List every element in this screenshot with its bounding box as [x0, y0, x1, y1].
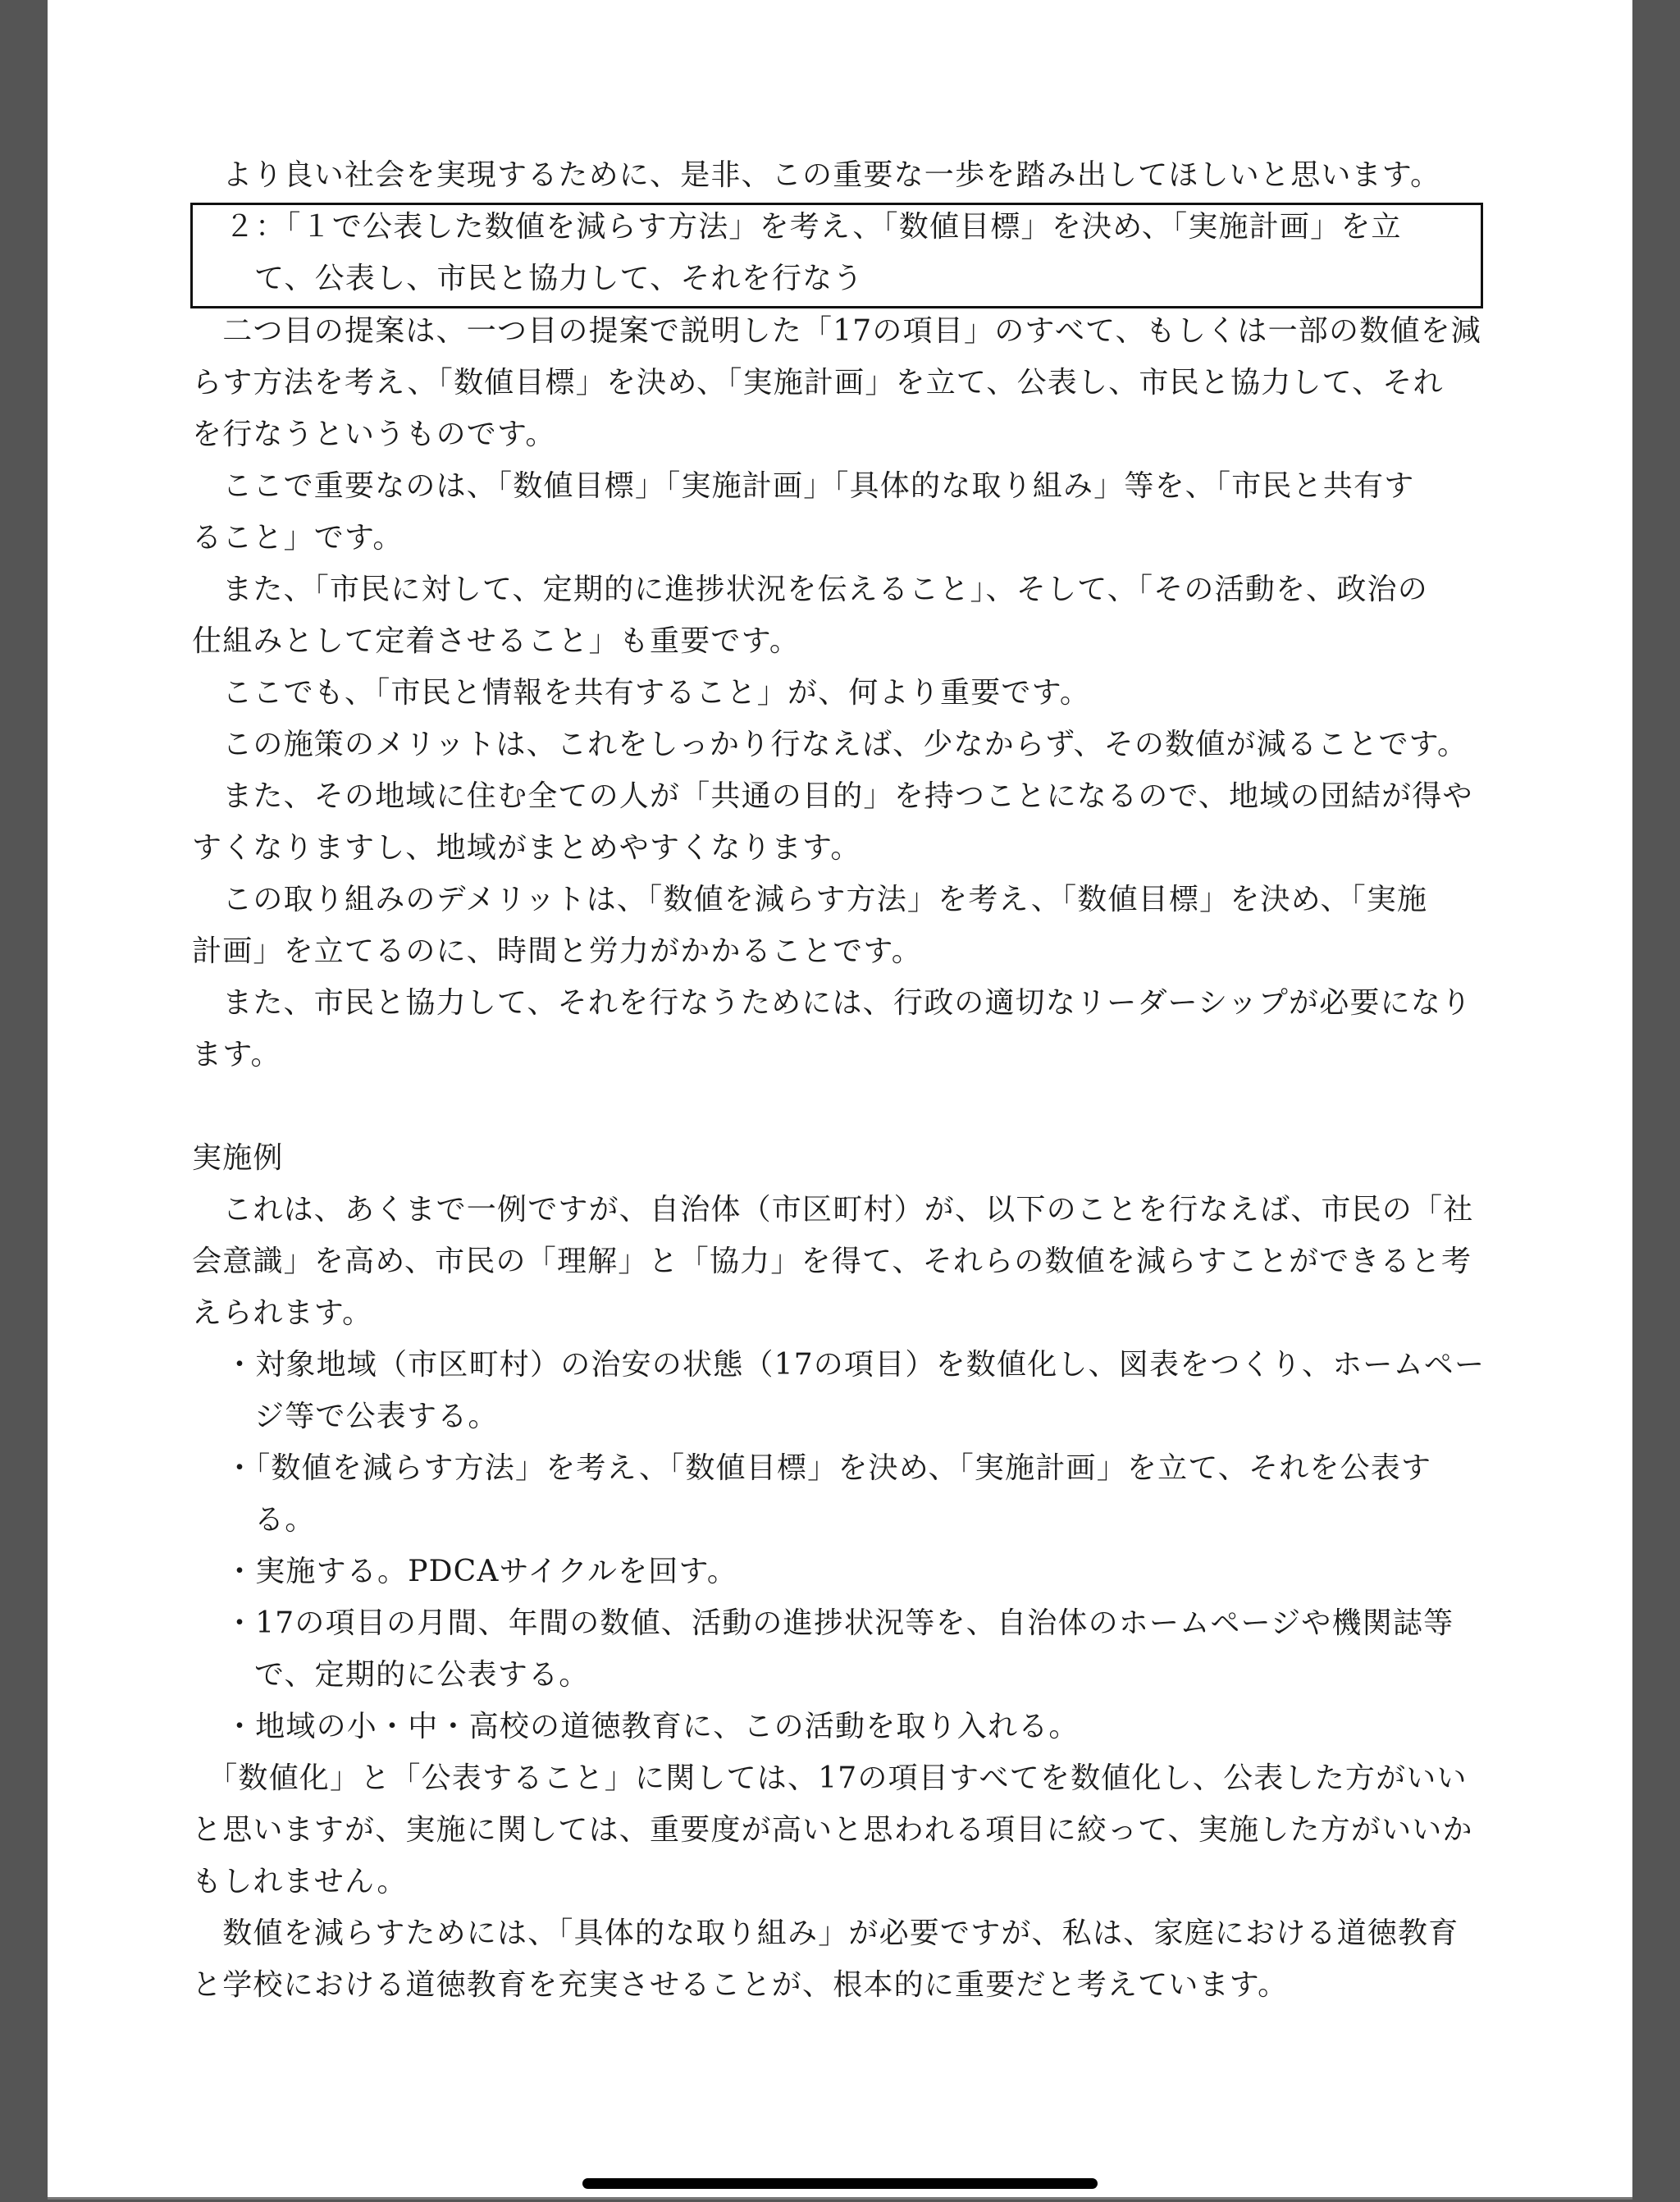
text-line: 「数値化」と「公表すること」に関しては、17の項目すべてを数値化し、公表した方が…: [192, 1761, 1468, 1797]
text-line: 仕組みとして定着させること」も重要です。: [192, 624, 800, 660]
text-line: ます。: [192, 1037, 281, 1073]
text-line: ここで重要なのは、「数値目標」「実施計画」「具体的な取り組み」等を、「市民と共有…: [192, 468, 1414, 505]
document-page[interactable]: より良い社会を実現するために、是非、この重要な一歩を踏み出してほしいと思います。…: [48, 0, 1632, 2200]
text-line: ジ等で公表する。: [254, 1399, 499, 1435]
text-line: と学校における道徳教育を充実させることが、根本的に重要だと考えています。: [192, 1967, 1288, 2003]
text-line: また、「市民に対して、定期的に進捗状況を伝えること」、そして、「その活動を、政治…: [192, 572, 1428, 608]
text-line: 計画」を立てるのに、時間と労力がかかることです。: [192, 934, 922, 970]
text-line: これは、あくまで一例ですが、自治体（市区町村）が、以下のことを行なえば、市民の「…: [192, 1192, 1473, 1228]
home-indicator[interactable]: [582, 2178, 1098, 2189]
text-line: で、定期的に公表する。: [254, 1657, 589, 1693]
text-line: 数値を減らすためには、「具体的な取り組み」が必要ですが、私は、家庭における道徳教…: [192, 1916, 1459, 1952]
text-line: 二つ目の提案は、一つ目の提案で説明した「17の項目」のすべて、もしくは一部の数値…: [192, 313, 1481, 349]
text-line: もしれません。: [192, 1864, 408, 1900]
text-line: ここでも、「市民と情報を共有すること」が、何より重要です。: [192, 675, 1090, 711]
text-line: 会意識」を高め、市民の「理解」と「協力」を得て、それらの数値を減らすことができる…: [192, 1244, 1472, 1280]
text-line: この取り組みのデメリットは、「数値を減らす方法」を考え、「数値目標」を決め、「実…: [192, 882, 1427, 918]
page-edge: [48, 2197, 1632, 2200]
text-line: えられます。: [192, 1295, 372, 1332]
text-line: ・対象地域（市区町村）の治安の状態（17の項目）を数値化し、図表をつくり、ホーム…: [225, 1347, 1485, 1383]
text-line: より良い社会を実現するために、是非、この重要な一歩を踏み出してほしいと思います。: [192, 158, 1440, 194]
text-line: すくなりますし、地域がまとめやすくなります。: [192, 830, 861, 866]
text-line: 実施例: [192, 1140, 284, 1176]
text-line: また、その地域に住む全ての人が「共通の目的」を持つことになるので、地域の団結が得…: [192, 779, 1473, 815]
text-line: て、公表し、市民と協力して、それを行なう: [254, 261, 864, 297]
text-line: ２：「１で公表した数値を減らす方法」を考え、「数値目標」を決め、「実施計画」を立: [225, 209, 1402, 245]
text-line: ・実施する。PDCAサイクルを回す。: [225, 1554, 737, 1590]
text-line: この施策のメリットは、これをしっかり行なえば、少なからず、その数値が減ることです…: [192, 727, 1468, 763]
text-line: を行なうというものです。: [192, 417, 556, 453]
text-line: また、市民と協力して、それを行なうためには、行政の適切なリーダーシップが必要にな…: [192, 985, 1472, 1021]
text-line: ・「数値を減らす方法」を考え、「数値目標」を決め、「実施計画」を立て、それを公表…: [225, 1450, 1431, 1487]
text-line: と思いますが、実施に関しては、重要度が高いと思われる項目に絞って、実施した方がい…: [192, 1812, 1473, 1848]
text-line: らす方法を考え、「数値目標」を決め、「実施計画」を立て、公表し、市民と協力して、…: [192, 365, 1444, 401]
text-line: ・17の項目の月間、年間の数値、活動の進捗状況等を、自治体のホームページや機関誌…: [225, 1606, 1454, 1642]
text-line: る。: [254, 1502, 315, 1538]
text-line: ること」です。: [192, 520, 404, 556]
text-line: ・地域の小・中・高校の道徳教育に、この活動を取り入れる。: [225, 1709, 1080, 1745]
